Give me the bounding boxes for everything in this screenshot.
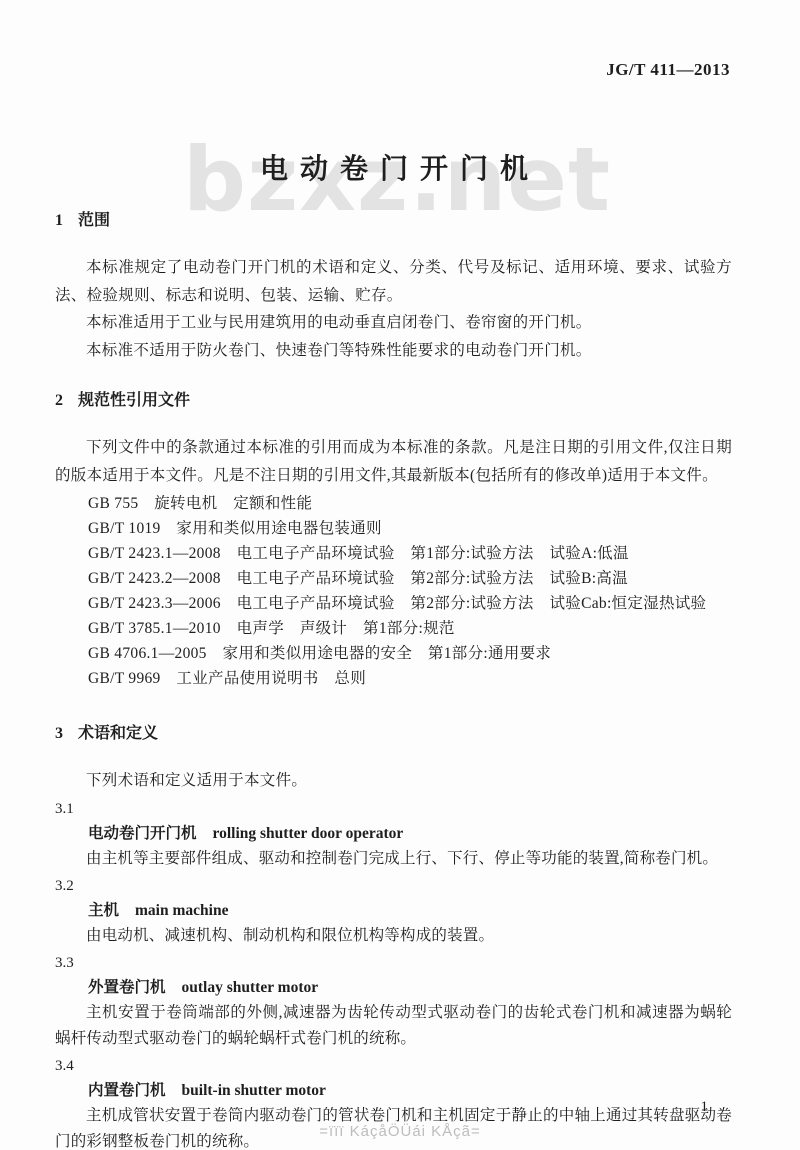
- term-3-1: 3.1 电动卷门开门机rolling shutter door operator…: [55, 797, 732, 872]
- reference-item: GB 4706.1—2005 家用和类似用途电器的安全 第1部分:通用要求: [55, 641, 732, 666]
- section-heading-normative-references: 2规范性引用文件: [55, 390, 732, 412]
- term-number: 3.2: [55, 874, 732, 898]
- section-label: 范围: [78, 212, 110, 229]
- term-definition: 主机成管状安置于卷筒内驱动卷门的管状卷门机和主机固定于静止的中轴上通过其转盘驱动…: [55, 1103, 732, 1150]
- section-number: 3: [55, 725, 63, 742]
- term-3-2: 3.2 主机main machine 由电动机、减速机构、制动机构和限位机构等构…: [55, 874, 732, 949]
- term-en: outlay shutter motor: [182, 979, 319, 996]
- reference-item: GB/T 3785.1—2010 电声学 声级计 第1部分:规范: [55, 616, 732, 641]
- term-title: 外置卷门机outlay shutter motor: [55, 975, 732, 1000]
- term-en: rolling shutter door operator: [213, 825, 404, 842]
- section-label: 术语和定义: [78, 725, 158, 742]
- term-title: 内置卷门机built-in shutter motor: [55, 1078, 732, 1103]
- term-zh: 外置卷门机: [88, 979, 166, 996]
- reference-item: GB/T 9969 工业产品使用说明书 总则: [55, 666, 732, 691]
- reference-item: GB/T 2423.3—2006 电工电子产品环境试验 第2部分:试验方法 试验…: [55, 591, 732, 616]
- section-heading-terms-definitions: 3术语和定义: [55, 723, 732, 745]
- term-definition: 主机安置于卷筒端部的外侧,减速器为齿轮传动型式驱动卷门的齿轮式卷门机和减速器为蜗…: [55, 1000, 732, 1052]
- term-zh: 电动卷门开门机: [88, 825, 197, 842]
- page-title: 电动卷门开门机: [0, 147, 800, 187]
- paragraph: 下列文件中的条款通过本标准的引用而成为本标准的条款。凡是注日期的引用文件,仅注日…: [55, 434, 732, 489]
- term-definition: 由主机等主要部件组成、驱动和控制卷门完成上行、下行、停止等功能的装置,简称卷门机…: [55, 846, 732, 872]
- paragraph: 本标准规定了电动卷门开门机的术语和定义、分类、代号及标记、适用环境、要求、试验方…: [55, 254, 732, 309]
- page-number: 1: [701, 1099, 709, 1116]
- reference-item: GB/T 1019 家用和类似用途电器包装通则: [55, 516, 732, 541]
- term-3-3: 3.3 外置卷门机outlay shutter motor 主机安置于卷筒端部的…: [55, 951, 732, 1052]
- term-zh: 内置卷门机: [88, 1082, 166, 1099]
- section-label: 规范性引用文件: [78, 392, 190, 409]
- reference-list: GB 755 旋转电机 定额和性能 GB/T 1019 家用和类似用途电器包装通…: [55, 491, 732, 691]
- reference-item: GB/T 2423.2—2008 电工电子产品环境试验 第2部分:试验方法 试验…: [55, 566, 732, 591]
- term-title: 电动卷门开门机rolling shutter door operator: [55, 821, 732, 846]
- paragraph: 本标准不适用于防火卷门、快速卷门等特殊性能要求的电动卷门开门机。: [55, 337, 732, 365]
- document-page: bzxz.net JG/T 411—2013 电动卷门开门机 1范围 本标准规定…: [0, 0, 800, 1150]
- term-number: 3.3: [55, 951, 732, 975]
- term-en: built-in shutter motor: [182, 1082, 326, 1099]
- paragraph: 本标准适用于工业与民用建筑用的电动垂直启闭卷门、卷帘窗的开门机。: [55, 309, 732, 337]
- term-3-4: 3.4 内置卷门机built-in shutter motor 主机成管状安置于…: [55, 1054, 732, 1150]
- term-title: 主机main machine: [55, 898, 732, 923]
- term-zh: 主机: [88, 902, 119, 919]
- standard-code: JG/T 411—2013: [606, 60, 730, 80]
- document-content: 1范围 本标准规定了电动卷门开门机的术语和定义、分类、代号及标记、适用环境、要求…: [55, 200, 732, 1150]
- reference-item: GB/T 2423.1—2008 电工电子产品环境试验 第1部分:试验方法 试验…: [55, 541, 732, 566]
- paragraph: 下列术语和定义适用于本文件。: [55, 767, 732, 795]
- term-number: 3.4: [55, 1054, 732, 1078]
- section-number: 1: [55, 212, 63, 229]
- term-number: 3.1: [55, 797, 732, 821]
- section-number: 2: [55, 392, 63, 409]
- reference-item: GB 755 旋转电机 定额和性能: [55, 491, 732, 516]
- term-en: main machine: [135, 902, 228, 919]
- term-definition: 由电动机、减速机构、制动机构和限位机构等构成的装置。: [55, 923, 732, 949]
- section-heading-scope: 1范围: [55, 210, 732, 232]
